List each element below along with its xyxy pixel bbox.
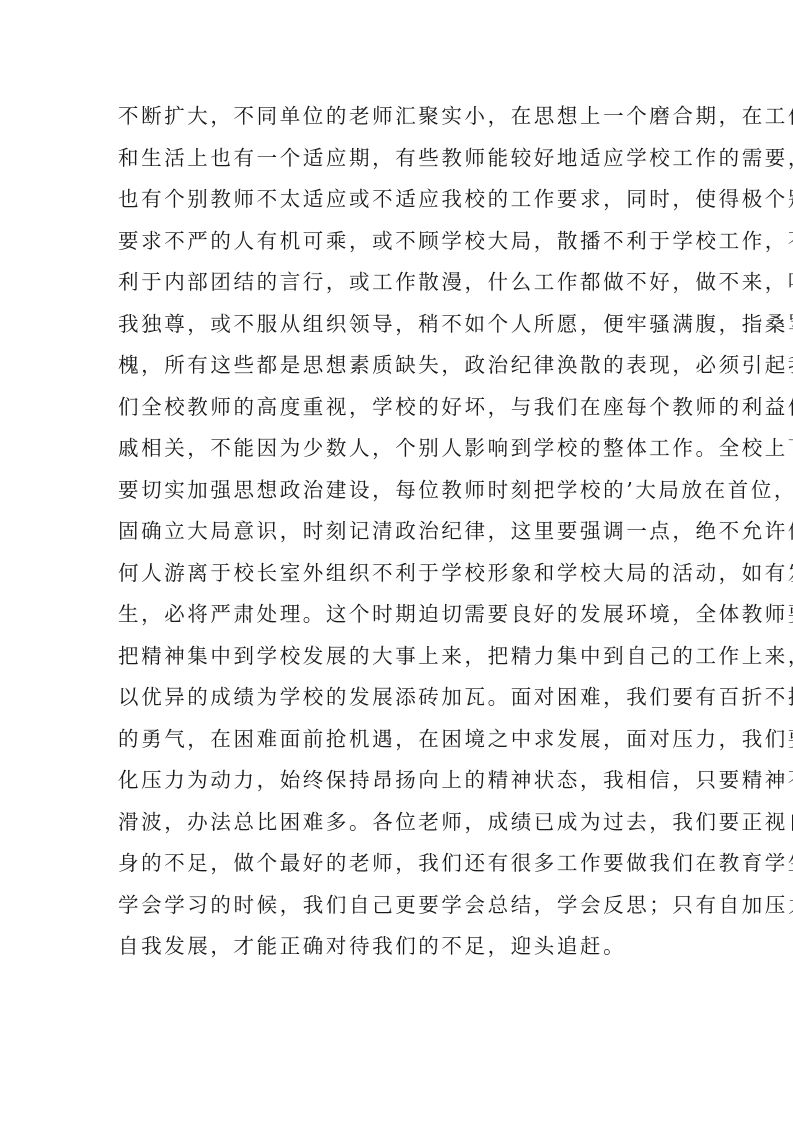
document-page: 不断扩大，不同单位的老师汇聚实小，在思想上一个磨合期，在工作 和生活上也有一个适… (0, 0, 793, 1122)
text-line: 以优异的成绩为学校的发展添砖加瓦。面对困难，我们要有百折不挠 (118, 677, 678, 719)
text-line: 滑波，办法总比困难多。各位老师，成绩已成为过去，我们要正视自 (118, 802, 678, 844)
text-line: 固确立大局意识，时刻记清政治纪律，这里要强调一点，绝不允许任 (118, 511, 678, 553)
text-line: 利于内部团结的言行，或工作散漫，什么工作都做不好，做不来，唯 (118, 262, 678, 304)
body-paragraph: 不断扩大，不同单位的老师汇聚实小，在思想上一个磨合期，在工作 和生活上也有一个适… (118, 96, 678, 968)
text-line: 生，必将严肃处理。这个时期迫切需要良好的发展环境，全体教师要 (118, 594, 678, 636)
text-line: 的勇气，在困难面前抢机遇，在困境之中求发展，面对压力，我们要 (118, 719, 678, 761)
text-line: 我独尊，或不服从组织领导，稍不如个人所愿，便牢骚满腹，指桑骂 (118, 304, 678, 346)
text-line: 槐，所有这些都是思想素质缺失，政治纪律涣散的表现，必须引起我 (118, 345, 678, 387)
text-line: 和生活上也有一个适应期，有些教师能较好地适应学校工作的需要， (118, 138, 678, 180)
text-line: 也有个别教师不太适应或不适应我校的工作要求，同时，使得极个别 (118, 179, 678, 221)
text-line: 化压力为动力，始终保持昂扬向上的精神状态，我相信，只要精神不 (118, 760, 678, 802)
text-line: 学会学习的时候，我们自己更要学会总结，学会反思；只有自加压力， (118, 885, 678, 927)
text-line: 不断扩大，不同单位的老师汇聚实小，在思想上一个磨合期，在工作 (118, 96, 678, 138)
text-line: 要切实加强思想政治建设，每位教师时刻把学校的’大局放在首位，牢 (118, 470, 678, 512)
text-line: 何人游离于校长室外组织不利于学校形象和学校大局的活动，如有发 (118, 553, 678, 595)
text-line: 戚相关，不能因为少数人，个别人影响到学校的整体工作。全校上下 (118, 428, 678, 470)
text-line: 自我发展，才能正确对待我们的不足，迎头追赶。 (118, 926, 678, 968)
text-line: 把精神集中到学校发展的大事上来，把精力集中到自己的工作上来， (118, 636, 678, 678)
text-line: 身的不足，做个最好的老师，我们还有很多工作要做我们在教育学生 (118, 843, 678, 885)
text-line: 们全校教师的高度重视，学校的好坏，与我们在座每个教师的利益休 (118, 387, 678, 429)
text-line: 要求不严的人有机可乘，或不顾学校大局，散播不利于学校工作，不 (118, 221, 678, 263)
